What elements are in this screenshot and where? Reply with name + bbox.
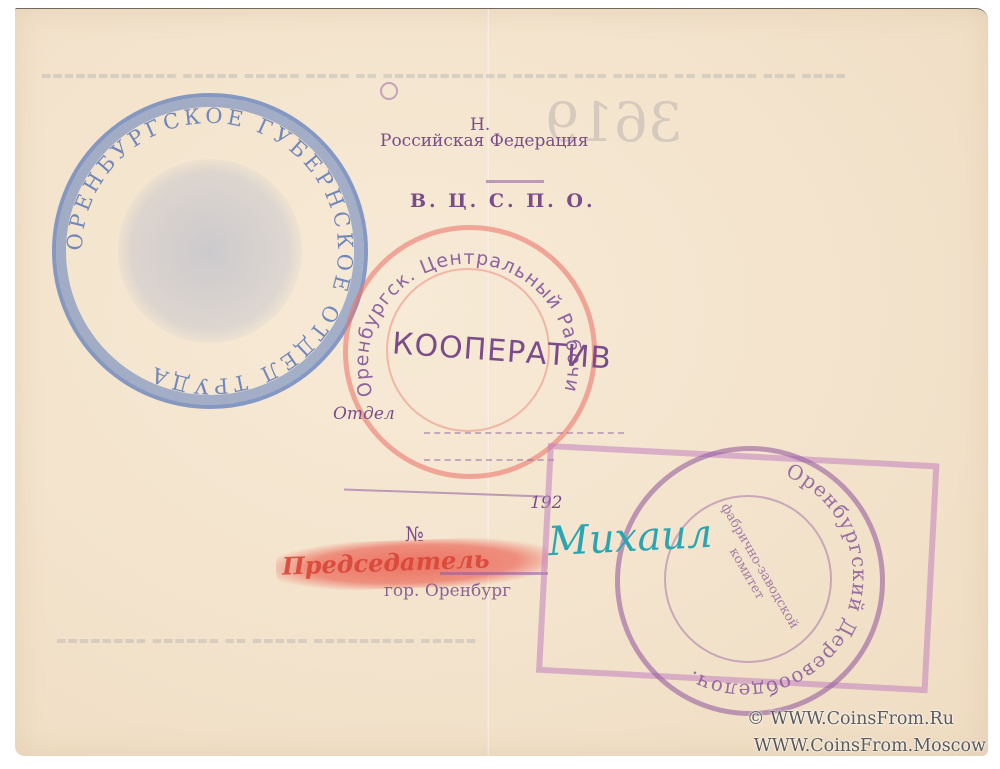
handwritten-signature: Михаил [547, 511, 714, 566]
small-circle-mark [380, 82, 398, 100]
department-line-2 [424, 459, 554, 461]
blue-stamp-ring-text: ОРЕНБУРГСКОЕ ГУБЕРНСКОЕ ОТДЕЛ ТРУДА [56, 97, 364, 405]
city-label: гор. Оренбург [384, 581, 511, 601]
watermark-line1: © WWW.CoinsFrom.Ru [747, 709, 954, 729]
svg-text:Оренбургский Деревообделоч.: Оренбургский Деревообделоч. [683, 458, 872, 703]
blue-round-stamp: ОРЕНБУРГСКОЕ ГУБЕРНСКОЕ ОТДЕЛ ТРУДА [52, 93, 368, 409]
bleed-through-text-top: ▬▬▬▬ ▬▬▬ ▬▬▬▬▬ ▬▬ ▬▬▬▬▬ ▬▬▬ ▬▬▬▬▬ ▬▬▬▬▬▬… [40, 69, 846, 82]
header-stamp-line3: В. Ц. С. П. О. [410, 190, 596, 212]
watermark-line2: WWW.CoinsFrom.Moscow [754, 736, 986, 756]
svg-text:Оренбургск. Центральный Рабочи: Оренбургск. Центральный Рабочий [343, 225, 585, 399]
svg-text:ОРЕНБУРГСКОЕ ГУБЕРНСКОЕ ОТДЕЛ: ОРЕНБУРГСКОЕ ГУБЕРНСКОЕ ОТДЕЛ ТРУДА [63, 104, 358, 399]
bleed-through-text-bottom: ▬▬▬▬▬ ▬▬▬▬▬▬▬▬▬ ▬▬▬▬▬ ▬▬ ▬▬▬▬▬▬ ▬▬▬▬▬▬▬▬ [55, 634, 476, 647]
header-stamp-rule [486, 180, 544, 183]
red-round-stamp: Оренбургск. Центральный Рабочий КООПЕРАТ… [343, 225, 597, 479]
department-line-1 [424, 432, 624, 434]
department-label: Отдел [333, 404, 395, 424]
number-underline [440, 572, 548, 575]
header-stamp-line2: Российская Федерация [380, 131, 589, 151]
violet-round-stamp: Оренбургский Деревообделоч. фабрично-зав… [615, 446, 885, 716]
